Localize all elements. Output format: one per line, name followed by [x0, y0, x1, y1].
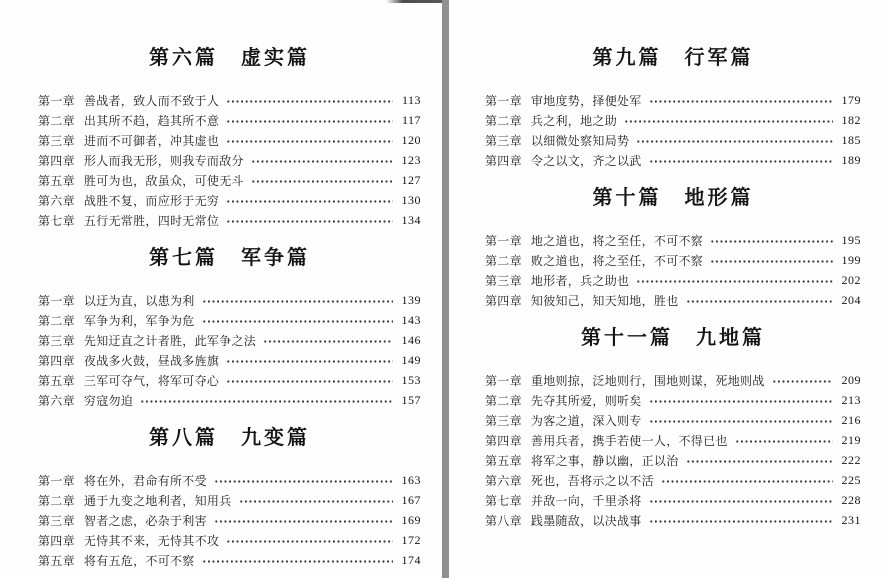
entry-title: 为客之道，深入则专	[531, 412, 642, 429]
toc-entry: 第二章军争为利，军争为危143	[38, 310, 421, 330]
page-number: 143	[397, 313, 421, 328]
entry-title: 令之以文，齐之以武	[531, 152, 642, 169]
dot-leader	[649, 410, 833, 430]
toc-entry: 第五章三军可夺气，将军可夺心153	[38, 370, 421, 390]
entry-title: 通于九变之地利者，知用兵	[84, 492, 232, 509]
page-number: 167	[397, 493, 421, 508]
entry-title: 践墨随敌，以决战事	[531, 512, 642, 529]
toc-entry: 第一章重地则掠，泛地则行，围地则谋，死地则战209	[485, 370, 861, 390]
chapter-label: 第七章	[38, 212, 75, 229]
toc-entry: 第三章为客之道，深入则专216	[485, 410, 861, 430]
page-right: 第九篇 行军篇第一章审地度势，择便处军179第二章兵之利，地之助182第三章以细…	[449, 0, 884, 578]
chapter-label: 第二章	[485, 392, 522, 409]
dot-leader	[140, 390, 393, 410]
dot-leader	[649, 150, 833, 170]
page-number: 195	[837, 233, 861, 248]
dot-leader	[686, 290, 833, 310]
toc-entry: 第五章将军之事，静以幽，正以治222	[485, 450, 861, 470]
toc-entry: 第一章善战者，致人而不致于人113	[38, 90, 421, 110]
page-number: 228	[837, 493, 861, 508]
chapter-label: 第一章	[38, 472, 75, 489]
toc-entry: 第四章夜战多火鼓，昼战多旌旗149	[38, 350, 421, 370]
dot-leader	[226, 90, 393, 110]
entry-title: 重地则掠，泛地则行，围地则谋，死地则战	[531, 372, 765, 389]
toc-entry: 第七章五行无常胜，四时无常位134	[38, 210, 421, 230]
toc-entry: 第三章智者之虑，必杂于利害169	[38, 510, 421, 530]
chapter-label: 第六章	[38, 192, 75, 209]
scan-edge-line	[386, 0, 442, 3]
page-number: 146	[397, 333, 421, 348]
entry-title: 胜可为也，敌虽众，可使无斗	[84, 172, 244, 189]
toc-entry: 第四章无恃其不来，无恃其不攻172	[38, 530, 421, 550]
page-number: 139	[397, 293, 421, 308]
entry-title: 军争为利，军争为危	[84, 312, 195, 329]
entry-title: 败之道也，将之至任，不可不察	[531, 252, 703, 269]
dot-leader	[649, 490, 833, 510]
dot-leader	[226, 350, 393, 370]
entry-title: 形人而我无形，则我专而敌分	[84, 152, 244, 169]
chapter-label: 第四章	[485, 432, 522, 449]
entry-title: 兵之利，地之助	[531, 112, 617, 129]
entry-title: 先知迂直之计者胜，此军争之法	[84, 332, 256, 349]
page-number: 157	[397, 393, 421, 408]
toc-entry: 第三章进而不可御者，冲其虚也120	[38, 130, 421, 150]
section-title: 第十一篇 九地篇	[485, 326, 861, 350]
dot-leader	[214, 470, 393, 490]
chapter-label: 第四章	[38, 532, 75, 549]
page-number: 117	[397, 113, 421, 128]
dot-leader	[636, 270, 833, 290]
chapter-label: 第六章	[485, 472, 522, 489]
chapter-label: 第五章	[485, 452, 522, 469]
page-number: 130	[397, 193, 421, 208]
page-number: 213	[837, 393, 861, 408]
section-title: 第十篇 地形篇	[485, 186, 861, 210]
chapter-label: 第五章	[38, 552, 75, 569]
chapter-label: 第三章	[38, 512, 75, 529]
entry-title: 夜战多火鼓，昼战多旌旗	[84, 352, 219, 369]
chapter-label: 第二章	[38, 112, 75, 129]
dot-leader	[649, 90, 833, 110]
chapter-label: 第六章	[38, 392, 75, 409]
toc-section: 第十篇 地形篇第一章地之道也，将之至任，不可不察195第二章败之道也，将之至任，…	[485, 186, 861, 310]
chapter-label: 第三章	[38, 132, 75, 149]
toc-entry: 第五章将有五危，不可不察174	[38, 550, 421, 570]
entry-title: 出其所不趋，趋其所不意	[84, 112, 219, 129]
chapter-label: 第一章	[38, 292, 75, 309]
dot-leader	[649, 510, 833, 530]
toc-entry: 第四章善用兵者，携手若使一人，不得已也219	[485, 430, 861, 450]
entry-title: 善战者，致人而不致于人	[84, 92, 219, 109]
chapter-label: 第七章	[485, 492, 522, 509]
entry-title: 将有五危，不可不察	[84, 552, 195, 569]
dot-leader	[226, 130, 393, 150]
section-title: 第六篇 虚实篇	[38, 46, 421, 70]
entry-title: 三军可夺气，将军可夺心	[84, 372, 219, 389]
page-left: 第六篇 虚实篇第一章善战者，致人而不致于人113第二章出其所不趋，趋其所不意11…	[0, 0, 440, 578]
book-spread: 第六篇 虚实篇第一章善战者，致人而不致于人113第二章出其所不趋，趋其所不意11…	[0, 0, 884, 578]
toc-entry: 第二章出其所不趋，趋其所不意117	[38, 110, 421, 130]
dot-leader	[710, 230, 833, 250]
dot-leader	[202, 310, 393, 330]
dot-leader	[202, 550, 393, 570]
chapter-label: 第一章	[485, 372, 522, 389]
dot-leader	[686, 450, 833, 470]
toc-section: 第十一篇 九地篇第一章重地则掠，泛地则行，围地则谋，死地则战209第二章先夺其所…	[485, 326, 861, 530]
chapter-label: 第五章	[38, 372, 75, 389]
entry-title: 善用兵者，携手若使一人，不得已也	[531, 432, 728, 449]
toc-section: 第九篇 行军篇第一章审地度势，择便处军179第二章兵之利，地之助182第三章以细…	[485, 46, 861, 170]
toc-entry: 第二章兵之利，地之助182	[485, 110, 861, 130]
page-number: 169	[397, 513, 421, 528]
chapter-label: 第二章	[38, 312, 75, 329]
chapter-label: 第四章	[485, 292, 522, 309]
entry-title: 先夺其所爱，则听矣	[531, 392, 642, 409]
dot-leader	[661, 470, 833, 490]
dot-leader	[735, 430, 833, 450]
chapter-label: 第四章	[485, 152, 522, 169]
toc-entry: 第一章地之道也，将之至任，不可不察195	[485, 230, 861, 250]
toc-entry: 第五章胜可为也，敌虽众，可使无斗127	[38, 170, 421, 190]
page-number: 219	[837, 433, 861, 448]
entry-title: 知彼知己，知天知地，胜也	[531, 292, 679, 309]
toc-section: 第七篇 军争篇第一章以迂为直，以患为利139第二章军争为利，军争为危143第三章…	[38, 246, 421, 410]
chapter-label: 第一章	[485, 232, 522, 249]
dot-leader	[226, 530, 393, 550]
dot-leader	[624, 110, 833, 130]
entry-title: 五行无常胜，四时无常位	[84, 212, 219, 229]
page-number: 127	[397, 173, 421, 188]
dot-leader	[251, 170, 393, 190]
entry-title: 审地度势，择便处军	[531, 92, 642, 109]
page-number: 199	[837, 253, 861, 268]
dot-leader	[649, 390, 833, 410]
dot-leader	[239, 490, 393, 510]
section-title: 第八篇 九变篇	[38, 426, 421, 450]
page-number: 153	[397, 373, 421, 388]
entry-title: 进而不可御者，冲其虚也	[84, 132, 219, 149]
toc-entry: 第一章审地度势，择便处军179	[485, 90, 861, 110]
dot-leader	[214, 510, 393, 530]
page-number: 202	[837, 273, 861, 288]
toc-entry: 第七章并敌一向，千里杀将228	[485, 490, 861, 510]
entry-title: 地之道也，将之至任，不可不察	[531, 232, 703, 249]
chapter-label: 第三章	[485, 272, 522, 289]
chapter-label: 第五章	[38, 172, 75, 189]
toc-section: 第八篇 九变篇第一章将在外，君命有所不受163第二章通于九变之地利者，知用兵16…	[38, 426, 421, 570]
dot-leader	[263, 330, 393, 350]
toc-entry: 第六章死也，吾将示之以不活225	[485, 470, 861, 490]
entry-title: 将军之事，静以幽，正以治	[531, 452, 679, 469]
toc-entry: 第三章以细微处察知局势185	[485, 130, 861, 150]
entry-title: 死也，吾将示之以不活	[531, 472, 654, 489]
page-gutter-divider	[442, 0, 449, 578]
page-number: 174	[397, 553, 421, 568]
entry-title: 无恃其不来，无恃其不攻	[84, 532, 219, 549]
chapter-label: 第二章	[485, 252, 522, 269]
page-number: 204	[837, 293, 861, 308]
dot-leader	[202, 290, 393, 310]
dot-leader	[226, 370, 393, 390]
toc-entry: 第二章通于九变之地利者，知用兵167	[38, 490, 421, 510]
chapter-label: 第三章	[38, 332, 75, 349]
toc-entry: 第六章穷寇勿迫157	[38, 390, 421, 410]
page-number: 185	[837, 133, 861, 148]
toc-entry: 第一章将在外，君命有所不受163	[38, 470, 421, 490]
page-number: 182	[837, 113, 861, 128]
chapter-label: 第一章	[485, 92, 522, 109]
dot-leader	[636, 130, 833, 150]
toc-entry: 第三章地形者，兵之助也202	[485, 270, 861, 290]
page-number: 179	[837, 93, 861, 108]
toc-entry: 第四章形人而我无形，则我专而敌分123	[38, 150, 421, 170]
section-title: 第七篇 军争篇	[38, 246, 421, 270]
dot-leader	[772, 370, 833, 390]
section-title: 第九篇 行军篇	[485, 46, 861, 70]
page-number: 222	[837, 453, 861, 468]
page-number: 216	[837, 413, 861, 428]
chapter-label: 第八章	[485, 512, 522, 529]
chapter-label: 第二章	[485, 112, 522, 129]
page-number: 134	[397, 213, 421, 228]
entry-title: 以细微处察知局势	[531, 132, 629, 149]
dot-leader	[251, 150, 393, 170]
chapter-label: 第四章	[38, 152, 75, 169]
entry-title: 战胜不复，而应形于无穷	[84, 192, 219, 209]
dot-leader	[226, 210, 393, 230]
chapter-label: 第四章	[38, 352, 75, 369]
toc-entry: 第四章知彼知己，知天知地，胜也204	[485, 290, 861, 310]
toc-entry: 第四章令之以文，齐之以武189	[485, 150, 861, 170]
toc-entry: 第二章败之道也，将之至任，不可不察199	[485, 250, 861, 270]
page-number: 120	[397, 133, 421, 148]
page-number: 123	[397, 153, 421, 168]
toc-entry: 第二章先夺其所爱，则听矣213	[485, 390, 861, 410]
toc-entry: 第八章践墨随敌，以决战事231	[485, 510, 861, 530]
entry-title: 以迂为直，以患为利	[84, 292, 195, 309]
page-number: 209	[837, 373, 861, 388]
dot-leader	[710, 250, 833, 270]
page-number: 149	[397, 353, 421, 368]
entry-title: 智者之虑，必杂于利害	[84, 512, 207, 529]
page-number: 231	[837, 513, 861, 528]
page-number: 113	[397, 93, 421, 108]
entry-title: 穷寇勿迫	[84, 392, 133, 409]
toc-entry: 第一章以迂为直，以患为利139	[38, 290, 421, 310]
page-number: 225	[837, 473, 861, 488]
toc-section: 第六篇 虚实篇第一章善战者，致人而不致于人113第二章出其所不趋，趋其所不意11…	[38, 46, 421, 230]
chapter-label: 第二章	[38, 492, 75, 509]
page-number: 172	[397, 533, 421, 548]
entry-title: 地形者，兵之助也	[531, 272, 629, 289]
dot-leader	[226, 110, 393, 130]
dot-leader	[226, 190, 393, 210]
entry-title: 将在外，君命有所不受	[84, 472, 207, 489]
toc-entry: 第三章先知迂直之计者胜，此军争之法146	[38, 330, 421, 350]
chapter-label: 第三章	[485, 412, 522, 429]
chapter-label: 第三章	[485, 132, 522, 149]
page-number: 189	[837, 153, 861, 168]
page-number: 163	[397, 473, 421, 488]
chapter-label: 第一章	[38, 92, 75, 109]
toc-entry: 第六章战胜不复，而应形于无穷130	[38, 190, 421, 210]
entry-title: 并敌一向，千里杀将	[531, 492, 642, 509]
